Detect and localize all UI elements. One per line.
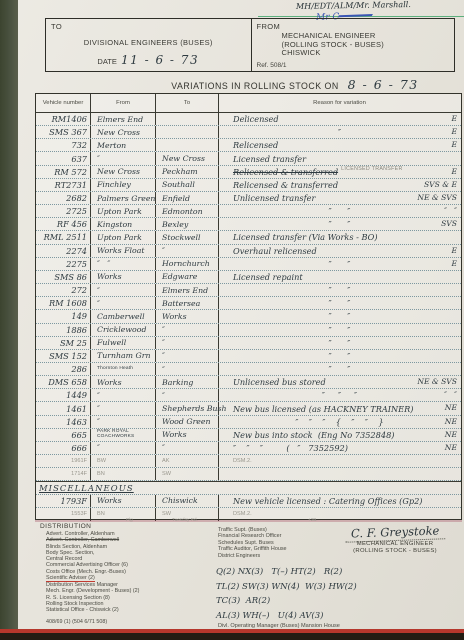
reason: New vehicle licensed : Catering Offices … xyxy=(219,495,460,507)
to-garage: ″ xyxy=(156,337,219,349)
reason: DelicensedE xyxy=(219,113,460,125)
vehicle-number: 1461 xyxy=(36,402,91,414)
variation-code: SVS & E xyxy=(424,180,457,189)
from-garage: Upton Park xyxy=(91,205,156,217)
vehicle-number: 286 xyxy=(36,363,91,375)
table-row: 1449″″″ ″ ″″ ″ xyxy=(36,389,461,402)
blue-scribble xyxy=(338,8,376,17)
to-garage: AK xyxy=(156,455,219,467)
variation-code: ″ ″ xyxy=(444,206,457,215)
vehicle-number: 2275 xyxy=(36,258,91,270)
table-row: 1886Cricklewood″″ ″ xyxy=(36,324,461,337)
from-garage: ″ xyxy=(91,402,156,414)
vehicle-number: 149 xyxy=(36,310,91,322)
table-row: RM1406Elmers EndDelicensedE xyxy=(36,113,461,126)
signature-block: C. F. Greystoke MECHANICAL ENGINEER (ROL… xyxy=(330,523,460,555)
distribution-list: Advert. Controller, AldenhamAdvert. Cont… xyxy=(46,531,226,613)
table-row: RML 2511Upton ParkStockwellLicensed tran… xyxy=(36,231,461,244)
reason: ″ ″″ ″ xyxy=(219,205,460,217)
from-garage: ″ xyxy=(91,389,156,401)
table-row: RM 572New CrossPeckhamRelicensed & trans… xyxy=(36,166,461,179)
reason: ″ ″ xyxy=(219,284,460,296)
from-garage: New Cross xyxy=(91,126,156,138)
allocation-line: TL(2) SW(3) WN(4) W(3) HW(2) xyxy=(216,580,357,595)
vehicle-number: 1463 xyxy=(36,416,91,428)
reason: ″ ″ xyxy=(219,297,460,309)
to-garage: Barking xyxy=(156,376,219,388)
reason: Unlicensed transferNE & SVS xyxy=(219,192,460,204)
vehicle-number: 665 xyxy=(36,429,91,441)
table-row: 2274Works Float″Overhaul relicensedE xyxy=(36,245,461,258)
variation-code: NE xyxy=(445,417,457,426)
vehicle-number: 1886 xyxy=(36,324,91,336)
table-row: 2275″ ″Hornchurch″ ″E xyxy=(36,258,461,271)
from-garage: Thornton Heath xyxy=(91,363,156,375)
to-garage: New Cross xyxy=(156,152,219,164)
to-garage: Enfield xyxy=(156,192,219,204)
from-garage: ″ xyxy=(91,284,156,296)
from-garage: Kingston xyxy=(91,218,156,230)
vehicle-number: DMS 658 xyxy=(36,376,91,388)
vehicle-number: RM1406 xyxy=(36,113,91,125)
reason: DSM.2. xyxy=(219,455,460,467)
table-row: 1961FBWAKDSM.2. xyxy=(36,455,461,468)
to-garage: Edmonton xyxy=(156,205,219,217)
to-garage: Southall xyxy=(156,179,219,191)
to-garage: Shepherds Bush xyxy=(156,402,219,414)
signature-title-2: (ROLLING STOCK - BUSES) xyxy=(330,548,460,555)
allocation-codes: Q(2) NX(3) T(–) HT(2) R(2)TL(2) SW(3) WN… xyxy=(216,565,357,623)
table-row: 732MertonRelicensedE xyxy=(36,139,461,152)
table-row: 1463″Wood Green″ ″ ″ { ″ ″ }NE xyxy=(36,416,461,429)
vehicle-number: 1793F xyxy=(36,495,91,507)
section-label: MISCELLANEOUS xyxy=(36,483,134,493)
from-cell: FROM MECHANICAL ENGINEER (ROLLING STOCK … xyxy=(252,19,455,71)
pencil-note: Plg xyxy=(126,517,133,522)
reason: ″ ″ ″ { ″ ″ }NE xyxy=(219,416,460,428)
from-label: FROM xyxy=(257,22,281,31)
from-organisation: MECHANICAL ENGINEER (ROLLING STOCK - BUS… xyxy=(282,32,384,58)
header-box: TO DIVISIONAL ENGINEERS (BUSES) DATE 11 … xyxy=(45,18,455,72)
reason: Licensed transfer (Via Works - BO) xyxy=(219,231,460,243)
to-garage: Peckham xyxy=(156,166,219,178)
vehicle-number: SMS 367 xyxy=(36,126,91,138)
allocation-line: TC(3) AR(2) xyxy=(216,594,357,609)
scan-edge-bottom xyxy=(0,633,464,640)
reason: ″ ″SVS xyxy=(219,218,460,230)
reason: ″ ″E xyxy=(219,258,460,270)
vehicle-number: RML 2511 xyxy=(36,231,91,243)
variation-code: NE xyxy=(445,403,457,412)
from-garage: Camberwell xyxy=(91,310,156,322)
col-header-reason: Reason for variation xyxy=(219,94,460,112)
table-row: 286Thornton Heath″″ ″ xyxy=(36,363,461,376)
from-garage: Works xyxy=(91,376,156,388)
to-label: TO xyxy=(51,22,62,31)
to-garage: Bexley xyxy=(156,218,219,230)
from-garage: PARK ROYAL COACHWORKS xyxy=(91,429,156,441)
reason: ″ ″ xyxy=(219,363,460,375)
table-row: 1461″Shepherds BushNew bus licensed (as … xyxy=(36,402,461,415)
date-value: 11 - 6 - 73 xyxy=(121,53,199,67)
vehicle-number: RM 1608 xyxy=(36,297,91,309)
variation-code: E xyxy=(451,259,457,268)
distribution-item: Statistical Office - Chiswick (2) xyxy=(46,607,226,613)
to-garage: ″ xyxy=(156,363,219,375)
variation-code: NE & SVS xyxy=(417,377,457,386)
table-row: 637″New CrossLicensed transfer xyxy=(36,152,461,165)
variation-code: E xyxy=(451,114,457,123)
reason: RelicensedE xyxy=(219,139,460,151)
vehicle-number: SMS 152 xyxy=(36,350,91,362)
pencil-note: +2B. xyxy=(308,517,318,522)
from-garage: Palmers Green xyxy=(91,192,156,204)
from-garage: New Cross xyxy=(91,166,156,178)
to-garage: Works xyxy=(156,310,219,322)
from-garage: BW xyxy=(91,455,156,467)
from-garage: Cricklewood xyxy=(91,324,156,336)
from-garage: ″ ″ xyxy=(91,258,156,270)
distribution-title: DISTRIBUTION xyxy=(40,523,91,530)
variation-code: E xyxy=(451,140,457,149)
table-row: 272″Elmers End″ ″ xyxy=(36,284,461,297)
to-garage: Works xyxy=(156,429,219,441)
vehicle-number: SMS 86 xyxy=(36,271,91,283)
table-row: SMS 86WorksEdgwareLicensed repaint xyxy=(36,271,461,284)
reason xyxy=(219,468,460,480)
col-header-to: To xyxy=(156,94,219,112)
vehicle-number: RF 456 xyxy=(36,218,91,230)
from-garage: Works xyxy=(91,271,156,283)
to-garage: ″ xyxy=(156,324,219,336)
table-row: RM 1608″Battersea″ ″ xyxy=(36,297,461,310)
vehicle-number: 637 xyxy=(36,152,91,164)
table-row: 2682Palmers GreenEnfieldUnlicensed trans… xyxy=(36,192,461,205)
table-row: 1793FWorksChiswickNew vehicle licensed :… xyxy=(36,495,461,508)
allocation-line: AL(3) WH(–) U(4) AV(3) xyxy=(216,609,357,624)
form-title: VARIATIONS IN ROLLING STOCK ON 8 - 6 - 7… xyxy=(130,77,460,92)
col-header-vehicle: Vehicle number xyxy=(36,94,91,112)
vehicle-number: 272 xyxy=(36,284,91,296)
col-header-from: From xyxy=(91,94,156,112)
scanned-form-page: MH/EDT/ALM/Mr. Marshall. Mr C TO DIVISIO… xyxy=(0,0,464,640)
reason: Licensed repaint xyxy=(219,271,460,283)
from-garage: Elmers End xyxy=(91,113,156,125)
vehicle-number: 1961F xyxy=(36,455,91,467)
to-garage: ″ xyxy=(156,245,219,257)
reason: Relicensed & transferredLICENSED TRANSFE… xyxy=(219,166,460,178)
from-garage: Works xyxy=(91,495,156,507)
vehicle-number: 2725 xyxy=(36,205,91,217)
to-garage: Edgware xyxy=(156,271,219,283)
table-row: 665PARK ROYAL COACHWORKSWorksNew bus int… xyxy=(36,429,461,442)
vehicle-number: RT2731 xyxy=(36,179,91,191)
variation-code: ″ ″ xyxy=(444,390,457,399)
title-date: 8 - 6 - 73 xyxy=(348,77,419,92)
vehicle-number: 732 xyxy=(36,139,91,151)
to-garage: Chiswick xyxy=(156,495,219,507)
from-garage: Upton Park xyxy=(91,231,156,243)
to-garage: Wood Green xyxy=(156,416,219,428)
vehicle-number: SM 25 xyxy=(36,337,91,349)
reason: ″ ″ ″ ( ″ 7352592)NE xyxy=(219,442,460,454)
reason: ″ ″ ″″ ″ xyxy=(219,389,460,401)
vehicle-number: 2274 xyxy=(36,245,91,257)
to-cell: TO DIVISIONAL ENGINEERS (BUSES) DATE 11 … xyxy=(46,19,252,71)
to-garage: ″ xyxy=(156,389,219,401)
reason: New bus into stock (Eng No 7352848)NE xyxy=(219,429,460,441)
variation-code: E xyxy=(451,167,457,176)
signature: C. F. Greystoke xyxy=(345,523,446,542)
section-miscellaneous: MISCELLANEOUS xyxy=(36,481,461,494)
from-line-3: CHISWICK xyxy=(282,49,384,58)
reason: Unlicensed bus storedNE & SVS xyxy=(219,376,460,388)
to-garage: Stockwell xyxy=(156,231,219,243)
pencil-note: LICENSED TRANSFER xyxy=(341,166,403,172)
date-label: DATE xyxy=(97,57,116,66)
vehicle-number: 1714F xyxy=(36,468,91,480)
table-row: RT2731FinchleySouthallRelicensed & trans… xyxy=(36,179,461,192)
variation-code: NE xyxy=(445,430,457,439)
variation-code: NE xyxy=(445,443,457,452)
vehicle-number: 666 xyxy=(36,442,91,454)
table-row: SM 25Fulwell″″ ″ xyxy=(36,337,461,350)
table-row: 1714FBNSW xyxy=(36,468,461,481)
pencil-note: Tuesday Rd. xyxy=(172,517,198,522)
vehicle-number: RM 572 xyxy=(36,166,91,178)
stock-table: Vehicle number From To Reason for variat… xyxy=(35,93,462,520)
form-reference: 408/69 (1) (504 6/71 508) xyxy=(46,619,107,625)
vehicle-number: 1449 xyxy=(36,389,91,401)
variation-code: E xyxy=(451,246,457,255)
from-garage: BN xyxy=(91,468,156,480)
from-garage: Finchley xyxy=(91,179,156,191)
from-garage: ″ xyxy=(91,442,156,454)
to-garage: Battersea xyxy=(156,297,219,309)
table-row: DMS 658WorksBarkingUnlicensed bus stored… xyxy=(36,376,461,389)
vehicle-number: 1553F xyxy=(36,508,91,521)
from-garage: ″ xyxy=(91,416,156,428)
variation-code: NE & SVS xyxy=(417,193,457,202)
variation-code: SVS xyxy=(441,219,457,228)
reason: New bus licensed (as HACKNEY TRAINER)NE xyxy=(219,402,460,414)
ref-number: Ref. 508/1 xyxy=(257,62,287,69)
scan-edge-left xyxy=(0,0,18,633)
reason: ″ ″ xyxy=(219,310,460,322)
reason: ″ ″ xyxy=(219,350,460,362)
from-garage: ″ xyxy=(91,297,156,309)
table-row: 666″″″ ″ ″ ( ″ 7352592)NE xyxy=(36,442,461,455)
table-header: Vehicle number From To Reason for variat… xyxy=(36,94,461,113)
to-garage xyxy=(156,139,219,151)
distribution-item: Scientific Adviser (2) xyxy=(46,575,226,582)
reason: ″ ″ xyxy=(219,337,460,349)
variation-code: E xyxy=(451,127,457,136)
table-row: RF 456KingstonBexley″ ″SVS xyxy=(36,218,461,231)
to-garage: ″ xyxy=(156,442,219,454)
from-garage: Works Float xyxy=(91,245,156,257)
reason: ″ ″ xyxy=(219,324,460,336)
from-garage: Turnham Grn xyxy=(91,350,156,362)
table-row: SMS 152Turnham Grn″″ ″ xyxy=(36,350,461,363)
table-row: SMS 367New Cross″E xyxy=(36,126,461,139)
to-garage: SW xyxy=(156,468,219,480)
to-garage: Elmers End xyxy=(156,284,219,296)
reason: Licensed transfer xyxy=(219,152,460,164)
to-name: DIVISIONAL ENGINEERS (BUSES) xyxy=(46,38,251,47)
to-garage xyxy=(156,126,219,138)
from-garage: Fulwell xyxy=(91,337,156,349)
to-garage xyxy=(156,113,219,125)
stock-table-body: RM1406Elmers EndDelicensedESMS 367New Cr… xyxy=(36,113,461,521)
to-garage: Hornchurch xyxy=(156,258,219,270)
reason: Overhaul relicensedE xyxy=(219,245,460,257)
to-garage: ″ xyxy=(156,350,219,362)
reason: Relicensed & transferredSVS & E xyxy=(219,179,460,191)
vehicle-number: 2682 xyxy=(36,192,91,204)
from-garage: ″ xyxy=(91,152,156,164)
reason: ″E xyxy=(219,126,460,138)
table-row: 149CamberwellWorks″ ″ xyxy=(36,310,461,323)
from-garage: Merton xyxy=(91,139,156,151)
allocation-line: Q(2) NX(3) T(–) HT(2) R(2) xyxy=(216,565,357,580)
table-row: 2725Upton ParkEdmonton″ ″″ ″ xyxy=(36,205,461,218)
